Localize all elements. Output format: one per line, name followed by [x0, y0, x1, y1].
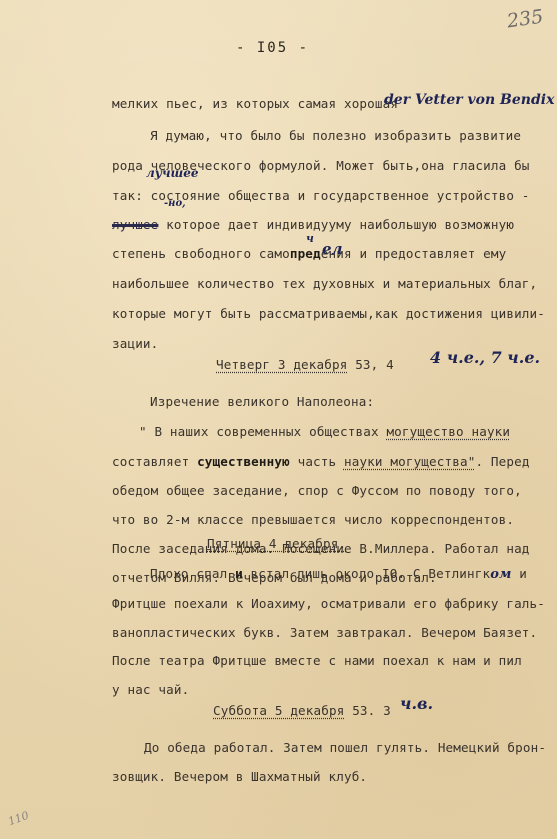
typed-text: мелких пьес, из которых самая хорошая [112, 96, 398, 111]
text-line: у нас чай. [112, 682, 189, 697]
text-line: После театра Фритцше вместе с нами поеха… [112, 653, 522, 668]
text-line: зации. [112, 336, 158, 351]
text-line: составляет существенную часть науки могу… [112, 454, 530, 469]
text-line: лучшее которое дает индивидууму наибольш… [112, 217, 514, 232]
text-line: Я думаю, что было бы полезно изобразить … [150, 128, 521, 143]
text-line: Плохо спал и встал лишь около IO. С Ветл… [150, 566, 527, 582]
text-line: Фритцше поехали к Иоахиму, осматривали е… [112, 596, 545, 611]
text-line: ванопластических букв. Затем завтракал. … [112, 625, 537, 640]
struck-word: лучшее [112, 217, 158, 232]
text-line: обедом общее заседание, спор с Фуссом по… [112, 483, 522, 498]
date-heading-friday: Пятница 4 декабря. [207, 536, 346, 551]
text-line: Изречение великого Наполеона: [150, 394, 374, 409]
handwritten-hours: ч.в. [400, 694, 433, 713]
date-heading-saturday: Суббота 5 декабря 53. 3 [213, 703, 391, 718]
text-line: " В наших современных обществах могущест… [139, 424, 510, 439]
handwritten-hours: 4 ч.е., 7 ч.е. [430, 348, 540, 367]
page-number: - I05 - [236, 40, 309, 56]
handwritten-correction: ч [306, 232, 314, 245]
text-line: наибольшее количество тех духовных и мат… [112, 276, 537, 291]
text-line: которые могут быть рассматриваемы,как до… [112, 306, 545, 321]
text-line: зовщик. Вечером в Шахматный клуб. [112, 769, 367, 784]
document-page: 235 - I05 - мелких пьес, из которых сама… [0, 0, 557, 839]
date-heading-thursday: Четверг 3 декабря 53, 4 [216, 357, 394, 372]
handwritten-insert: -но, [164, 198, 186, 209]
text-line: До обеда работал. Затем пошел гулять. Не… [144, 740, 546, 755]
text-line: мелких пьес, из которых самая хорошая [112, 96, 398, 111]
margin-note: 110 [6, 809, 30, 828]
handwritten-insert: лучшее [146, 166, 199, 180]
text-line: степень свободного самопредения и предос… [112, 246, 506, 261]
handwritten-correction: ел [322, 240, 343, 258]
text-line: что во 2-м классе превышается число корр… [112, 512, 514, 527]
archive-page-number: 235 [506, 6, 545, 33]
handwritten-insert: der Vetter von Bendix [384, 92, 554, 108]
